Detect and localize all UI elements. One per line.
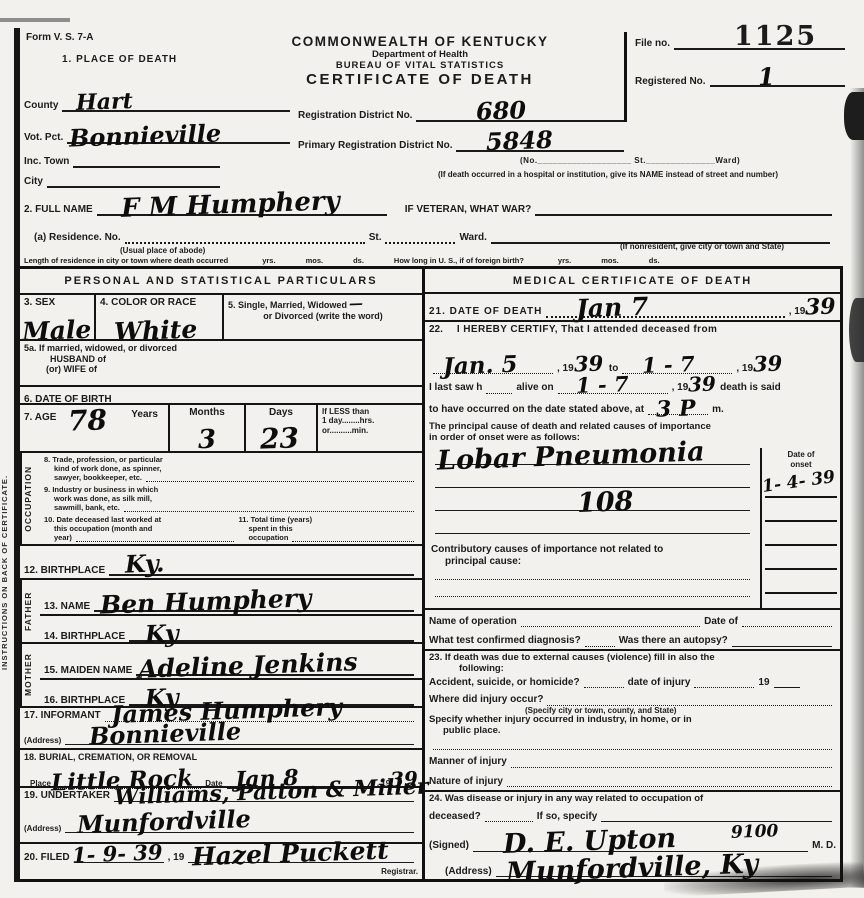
age-value: 78	[68, 406, 108, 435]
occ9-line	[124, 507, 414, 512]
marital-dash-value: —	[349, 297, 363, 311]
last-saw-block: I last saw h alive on 1 - 7 , 19 39 deat…	[425, 372, 840, 420]
primary-district-value: 5848	[486, 127, 554, 153]
dob-row: 6. DATE OF BIRTH	[20, 385, 422, 403]
certificate-title: CERTIFICATE OF DEATH	[270, 71, 570, 88]
contrib-line-2	[435, 592, 750, 597]
md-address-label: (Address)	[445, 866, 492, 878]
residence-no-line	[125, 238, 365, 244]
full-name-label: 2. FULL NAME	[24, 204, 93, 216]
father-side-label: FATHER	[20, 580, 40, 642]
last-saw-date: 1 - 7	[575, 373, 628, 396]
cause-line-1: Lobar Pneumonia	[435, 460, 750, 465]
occurred-text: to have occurred on the date stated abov…	[429, 404, 644, 416]
father-name-value: Ben Humphery	[100, 585, 312, 617]
reg-district-value: 680	[476, 98, 527, 124]
county-label: County	[24, 100, 58, 112]
father-name-line: Ben Humphery	[94, 606, 414, 612]
external-causes-block: 23. If death was due to external causes …	[425, 649, 840, 752]
date-of-death-row: 21. DATE OF DEATH Jan 7 , 19 39	[425, 292, 840, 320]
m-label: m.	[712, 404, 724, 416]
filed-date-line: 1- 9- 39	[74, 858, 164, 863]
last-saw-year: 39	[688, 373, 717, 394]
registered-no-label: Registered No.	[635, 76, 706, 88]
occ10-line3: year)	[54, 533, 72, 542]
cause-value: Lobar Pneumonia	[437, 439, 705, 475]
personal-section-header: PERSONAL AND STATISTICAL PARTICULARS	[20, 269, 422, 293]
q23-line2: following:	[459, 664, 836, 675]
length-ds: ds.	[353, 256, 364, 265]
occ9-line1: 9. Industry or business in which	[44, 485, 418, 494]
inc-town-label: Inc. Town	[24, 156, 69, 168]
informant-addr-line: Bonnieville	[65, 740, 414, 745]
undertaker-addr-label: (Address)	[24, 824, 61, 834]
father-name-label: 13. NAME	[44, 601, 90, 613]
registered-no-line: 1	[710, 81, 845, 87]
occ9-line2: work was done, as silk mill,	[54, 494, 418, 503]
q24-deceased-label: deceased?	[429, 811, 481, 823]
race-cell: 4. COLOR OR RACE White	[96, 295, 224, 339]
birthplace-row: 12. BIRTHPLACE Ky.	[20, 544, 422, 578]
county-row: County Hart	[24, 100, 294, 112]
father-block: FATHER 13. NAME Ben Humphery 14. BIRTHPL…	[20, 578, 422, 642]
undertaker-block: 19. UNDERTAKER Williams, Patton & Miller…	[20, 786, 422, 842]
operation-block: Name of operation Date of What test conf…	[425, 608, 840, 649]
scan-artifact-top-line	[0, 18, 70, 22]
vot-pct-value: Bonnieville	[69, 121, 222, 150]
bureau-title: BUREAU OF VITAL STATISTICS	[270, 60, 570, 71]
injury-year-prefix: 19	[758, 677, 769, 689]
last-saw-1: I last saw h	[429, 382, 482, 394]
occurred-time: 3 P	[656, 398, 696, 421]
specify-text-2: public place.	[443, 726, 836, 737]
onset-label-1: Date of	[765, 450, 837, 460]
full-name-value: F M Humphery	[120, 188, 340, 222]
reg-district-row: Registration District No. 680	[298, 110, 628, 122]
days-cell: Days 23	[246, 405, 318, 451]
less-label-2: 1 day........hrs.	[322, 416, 418, 426]
contributory-2: principal cause:	[445, 556, 754, 568]
operation-date-line	[742, 622, 832, 627]
death-said: death is said	[720, 382, 781, 394]
undertaker-addr-line: Munfordville	[65, 828, 414, 833]
last-saw-date-line: 1 - 7	[558, 389, 668, 394]
operation-label: Name of operation	[429, 616, 517, 628]
birthplace-line: Ky.	[109, 570, 414, 576]
veteran-line	[535, 210, 832, 216]
q24-answer-line	[485, 817, 533, 822]
certificate-form: Form V. S. 7-A 1. PLACE OF DEATH COMMONW…	[14, 28, 842, 882]
medical-section-header: MEDICAL CERTIFICATE OF DEATH	[425, 269, 840, 292]
if-so-label: If so, specify	[537, 811, 598, 823]
date-injury-label: date of injury	[628, 677, 691, 689]
onset-column: Date of onset 1- 4- 39	[760, 448, 840, 607]
medical-column: MEDICAL CERTIFICATE OF DEATH 21. DATE OF…	[425, 269, 840, 879]
onset-line-1	[765, 496, 837, 498]
injury-year-line	[774, 683, 800, 688]
occ10-line2: this occupation (month and	[54, 524, 238, 533]
certify-text: I HEREBY CERTIFY, That I attended deceas…	[457, 324, 717, 336]
race-label: 4. COLOR OR RACE	[100, 297, 218, 309]
age-cell: 7. AGE 78 Years	[20, 405, 170, 451]
contrib-line-1	[435, 575, 750, 580]
mother-name-line: Adeline Jenkins	[136, 670, 414, 676]
months-value: 3	[198, 426, 217, 453]
occ8-line1: 8. Trade, profession, or particular	[44, 455, 418, 464]
certify-block: 22. I HEREBY CERTIFY, That I attended de…	[425, 320, 840, 372]
age-row: 7. AGE 78 Years Months 3 Days 23	[20, 403, 422, 451]
occurred-time-line: 3 P	[648, 410, 708, 415]
personal-column: PERSONAL AND STATISTICAL PARTICULARS 3. …	[20, 269, 425, 879]
registrar-line: Hazel Puckett	[188, 858, 414, 863]
reg-district-label: Registration District No.	[298, 110, 412, 122]
death-certificate-scan: INSTRUCTIONS ON BACK OF CERTIFICATE. For…	[0, 0, 864, 898]
length-mos: mos.	[306, 256, 324, 265]
full-name-line: F M Humphery	[97, 210, 387, 216]
age-years-label: Years	[131, 409, 158, 421]
residence-ward-label: Ward.	[459, 232, 486, 244]
occupation-side-label: OCCUPATION	[20, 453, 40, 545]
last-saw-year-prefix: , 19	[672, 382, 689, 394]
onset-line-2	[765, 520, 837, 522]
birthplace-value: Ky.	[125, 551, 165, 576]
md-address-value: Munfordville, Ky	[505, 851, 758, 887]
where-label: Where did injury occur?	[429, 694, 543, 706]
occ9-line3: sawmill, bank, etc.	[54, 503, 120, 512]
county-line: Hart	[62, 106, 290, 112]
residence-st-label: St.	[369, 232, 382, 244]
onset-line-5	[765, 592, 837, 594]
primary-district-label: Primary Registration District No.	[298, 140, 452, 152]
undertaker-label: 19. UNDERTAKER	[24, 790, 110, 802]
father-bp-label: 14. BIRTHPLACE	[44, 631, 125, 643]
us-mos: mos.	[601, 256, 619, 265]
mother-side-label: MOTHER	[20, 644, 40, 706]
cause-block: Lobar Pneumonia 108 Contributory causes …	[425, 448, 840, 607]
header-center: COMMONWEALTH OF KENTUCKY Department of H…	[270, 34, 570, 88]
marital-cell: 5. Single, Married, Widowed — or Divorce…	[224, 295, 422, 339]
undertaker-line: Williams, Patton & Miller	[114, 797, 414, 802]
dod-year-value: 39	[805, 295, 836, 318]
days-value: 23	[260, 424, 300, 453]
filed-date-value: 1- 9- 39	[71, 842, 162, 866]
hospital-hint: (If death occurred in a hospital or inst…	[438, 170, 840, 180]
vot-pct-label: Vot. Pct.	[24, 132, 63, 144]
nonresident-hint: (If nonresident, give city or town and S…	[620, 242, 784, 252]
test-label: What test confirmed diagnosis?	[429, 635, 581, 647]
contributory-1: Contributory causes of importance not re…	[431, 544, 754, 556]
occupation-block: OCCUPATION 8. Trade, profession, or part…	[20, 451, 422, 545]
dod-line: Jan 7	[546, 312, 784, 318]
place-of-death-heading: 1. PLACE OF DEATH	[62, 54, 177, 66]
length-yrs: yrs.	[262, 256, 275, 265]
abode-hint: (Usual place of abode)	[120, 246, 205, 256]
file-no-value: 1125	[734, 21, 817, 52]
informant-addr-value: Bonnieville	[89, 720, 242, 749]
vot-pct-line: Bonnieville	[67, 138, 290, 144]
accident-line	[584, 683, 624, 688]
husband-wife-row: 5a. If married, widowed, or divorced HUS…	[20, 339, 422, 385]
days-label: Days	[250, 407, 312, 419]
file-no-label: File no.	[635, 38, 670, 50]
full-name-row: 2. FULL NAME F M Humphery IF VETERAN, WH…	[24, 204, 836, 216]
cause-line-4	[435, 529, 750, 534]
signed-label: (Signed)	[429, 840, 469, 852]
months-label: Months	[174, 407, 240, 419]
cause-line-3: 108	[435, 506, 750, 511]
test-line	[585, 642, 615, 647]
father-bp-row: 14. BIRTHPLACE Ky	[40, 614, 422, 644]
file-number-box: File no. 1125 Registered No. 1	[624, 32, 853, 122]
registered-no-value: 1	[757, 65, 775, 90]
primary-district-line: 5848	[456, 146, 624, 152]
veteran-label: IF VETERAN, WHAT WAR?	[405, 204, 531, 216]
occ11-line2: spent in this	[248, 524, 418, 533]
accident-label: Accident, suicide, or homicide?	[429, 677, 580, 689]
dod-year-prefix: , 19	[789, 306, 806, 318]
nature-line	[507, 782, 832, 787]
vot-pct-row: Vot. Pct. Bonnieville	[24, 132, 294, 144]
marital-label-2: or Divorced (write the word)	[228, 311, 418, 322]
margin-note: INSTRUCTIONS ON BACK OF CERTIFICATE.	[0, 252, 12, 892]
scan-artifact-blob-2	[849, 298, 864, 362]
dod-value: Jan 7	[576, 294, 649, 322]
filed-year-prefix: , 19	[168, 852, 185, 864]
burial-label: 18. BURIAL, CREMATION, OR REMOVAL	[24, 752, 418, 763]
less-than-cell: If LESS than 1 day........hrs. or.......…	[318, 405, 422, 451]
how-long-us-label: How long in U. S., if of foreign birth?	[394, 256, 524, 265]
file-no-line: 1125	[674, 44, 845, 50]
dod-label: 21. DATE OF DEATH	[429, 306, 542, 318]
autopsy-label: Was there an autopsy?	[619, 635, 728, 647]
less-label-3: or..........min.	[322, 426, 418, 436]
less-label-1: If LESS than	[322, 407, 418, 417]
reg-district-line: 680	[416, 116, 624, 122]
undertaker-addr-value: Munfordville	[77, 807, 252, 837]
where-line	[547, 701, 832, 706]
father-name-row: 13. NAME Ben Humphery	[40, 580, 422, 614]
months-cell: Months 3	[170, 405, 246, 451]
operation-date-label: Date of	[704, 616, 738, 628]
us-yrs: yrs.	[558, 256, 571, 265]
city-row: City	[24, 176, 224, 188]
occ11-line3: occupation	[248, 533, 288, 542]
if-so-line	[601, 817, 832, 822]
length-of-residence-row: Length of residence in city or town wher…	[24, 256, 836, 265]
city-line	[47, 182, 220, 188]
husband-label-3: (or) WIFE of	[46, 364, 418, 375]
certify-no: 22.	[429, 324, 443, 336]
registrar-value: Hazel Puckett	[192, 838, 389, 870]
informant-block: 17. INFORMANT James Humphery (Address) B…	[20, 706, 422, 748]
manner-nature-block: Manner of injury Nature of injury	[425, 752, 840, 789]
informant-addr-label: (Address)	[24, 736, 61, 746]
mother-name-row: 15. MAIDEN NAME Adeline Jenkins	[40, 644, 422, 678]
main-table: PERSONAL AND STATISTICAL PARTICULARS 3. …	[20, 266, 843, 882]
last-saw-2: alive on	[516, 382, 553, 394]
form-number: Form V. S. 7-A	[26, 32, 93, 44]
q24-line1: 24. Was disease or injury in any way rel…	[429, 794, 836, 805]
occ11-line	[292, 537, 414, 542]
scan-artifact-right-edge	[850, 88, 864, 888]
operation-line	[521, 622, 700, 627]
commonwealth-title: COMMONWEALTH OF KENTUCKY	[270, 34, 570, 49]
us-ds: ds.	[649, 256, 660, 265]
signed-line: D. E. Upton 9100	[473, 847, 808, 852]
marital-label-1: 5. Single, Married, Widowed	[228, 300, 347, 310]
residence-st-line	[385, 238, 455, 244]
mother-name-label: 15. MAIDEN NAME	[44, 665, 132, 677]
cause-code: 108	[576, 488, 633, 517]
county-value: Hart	[76, 90, 134, 114]
informant-label: 17. INFORMANT	[24, 710, 101, 722]
filed-block: 20. FILED 1- 9- 39 , 19 Hazel Puckett Re…	[20, 842, 422, 879]
occ8-line3: sawyer, bookkeeper, etc.	[54, 473, 142, 482]
md-label: M. D.	[812, 840, 836, 852]
manner-label: Manner of injury	[429, 756, 507, 768]
autopsy-line	[732, 642, 832, 647]
sex-cell: 3. SEX Male	[20, 295, 96, 339]
residence-label: (a) Residence. No.	[34, 232, 121, 244]
date-injury-line	[694, 683, 754, 688]
onset-value: 1- 4- 39	[761, 469, 836, 496]
occ11-line1: 11. Total time (years)	[238, 515, 418, 524]
length-label: Length of residence in city or town wher…	[24, 256, 228, 265]
occ8-line2: kind of work done, as spinner,	[54, 464, 418, 473]
occ8-line	[146, 477, 414, 482]
street-ward-hint: (No.___________________ St._____________…	[520, 156, 740, 166]
md-address-line: Munfordville, Ky	[496, 872, 832, 877]
onset-line-4	[765, 568, 837, 570]
signed-code: 9100	[730, 823, 778, 842]
city-label: City	[24, 176, 43, 188]
last-saw-gap-line	[486, 389, 512, 394]
onset-line-3	[765, 544, 837, 546]
filed-label: 20. FILED	[24, 852, 70, 864]
primary-district-row: Primary Registration District No. 5848	[298, 140, 628, 152]
occ10-line1: 10. Date deceased last worked at	[44, 515, 238, 524]
inc-town-row: Inc. Town	[24, 156, 224, 168]
age-label: 7. AGE	[24, 412, 56, 423]
sex-race-marital-row: 3. SEX Male 4. COLOR OR RACE White 5. Si…	[20, 293, 422, 339]
occ10-line	[76, 537, 235, 542]
nature-label: Nature of injury	[429, 776, 503, 788]
sex-label: 3. SEX	[24, 297, 90, 309]
husband-label-2: HUSBAND of	[50, 354, 418, 365]
public-place-line	[433, 745, 832, 750]
q24-signed-block: 24. Was disease or injury in any way rel…	[425, 790, 840, 879]
inc-town-line	[73, 162, 220, 168]
mother-name-value: Adeline Jenkins	[138, 649, 358, 682]
birthplace-label: 12. BIRTHPLACE	[24, 565, 105, 577]
manner-line	[511, 763, 832, 768]
department-title: Department of Health	[270, 49, 570, 60]
husband-label-1: 5a. If married, widowed, or divorced	[24, 343, 418, 354]
